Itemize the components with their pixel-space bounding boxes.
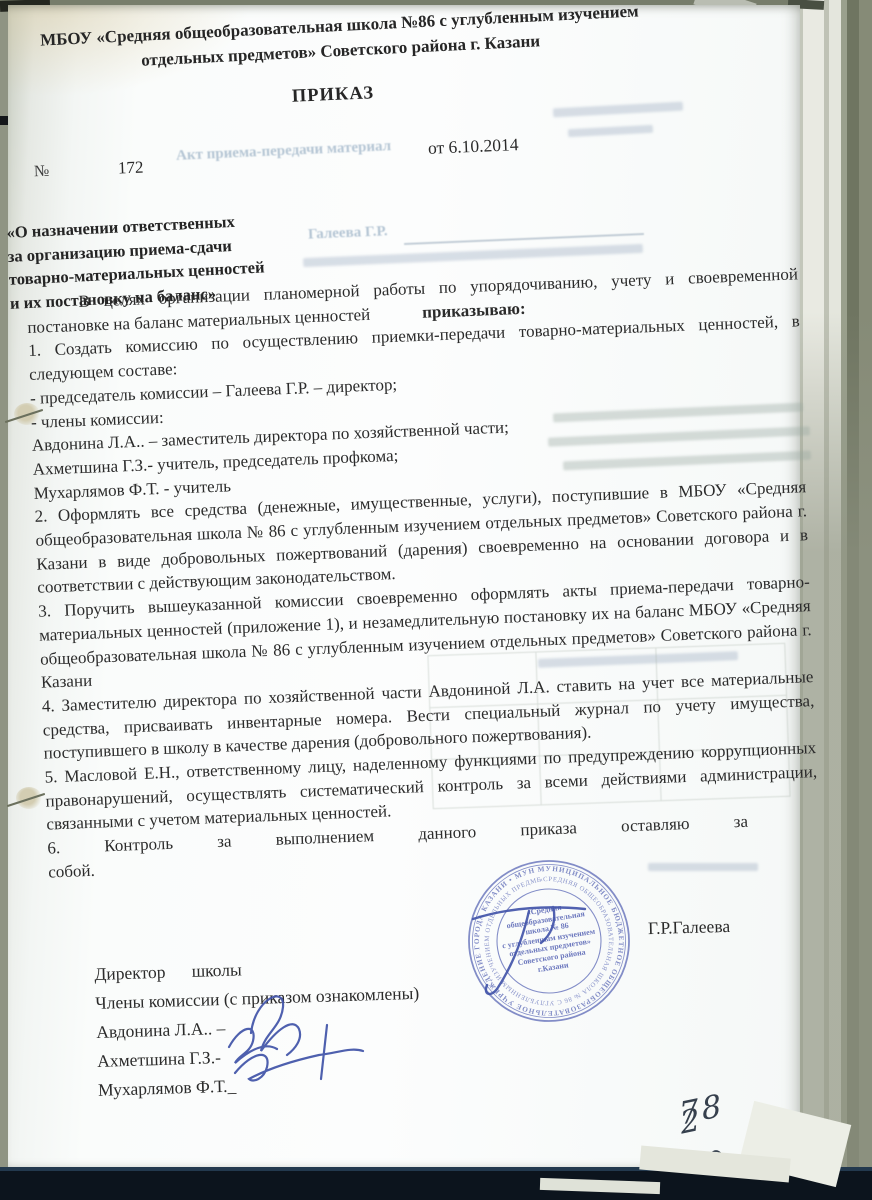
ghost-bleed-text: Акт приема-передачи материал	[176, 138, 392, 165]
doc-title: ПРИКАЗ	[248, 81, 419, 109]
ghost-bleed-line	[303, 244, 643, 267]
org-header: МБОУ «Средняя общеобразовательная школа …	[11, 0, 669, 79]
approver-name: Г.Р.Галеева	[648, 916, 731, 939]
ghost-bleed-text: Галеева Г.Р.	[308, 223, 388, 243]
handwritten-page-number: 278	[679, 1096, 727, 1141]
ghost-bleed-line	[553, 102, 683, 118]
director-signature	[463, 887, 598, 1012]
doc-date: от 6.10.2014	[428, 134, 519, 159]
commission-signatures	[221, 983, 371, 1098]
document-page: Акт приема-передачи материал Галеева Г.Р…	[8, 5, 800, 1168]
doc-body: В целях организации планомерной работы п…	[26, 262, 820, 884]
page-number-digits: 78	[678, 1087, 726, 1132]
scanned-document-scene: Акт приема-передачи материал Галеева Г.Р…	[0, 0, 872, 1200]
ghost-bleed-line	[568, 125, 653, 137]
ghost-bleed-line	[404, 233, 644, 245]
doc-number-value: 172	[118, 158, 144, 179]
doc-number-label: №	[34, 163, 50, 182]
ghost-bleed-line	[648, 863, 758, 871]
